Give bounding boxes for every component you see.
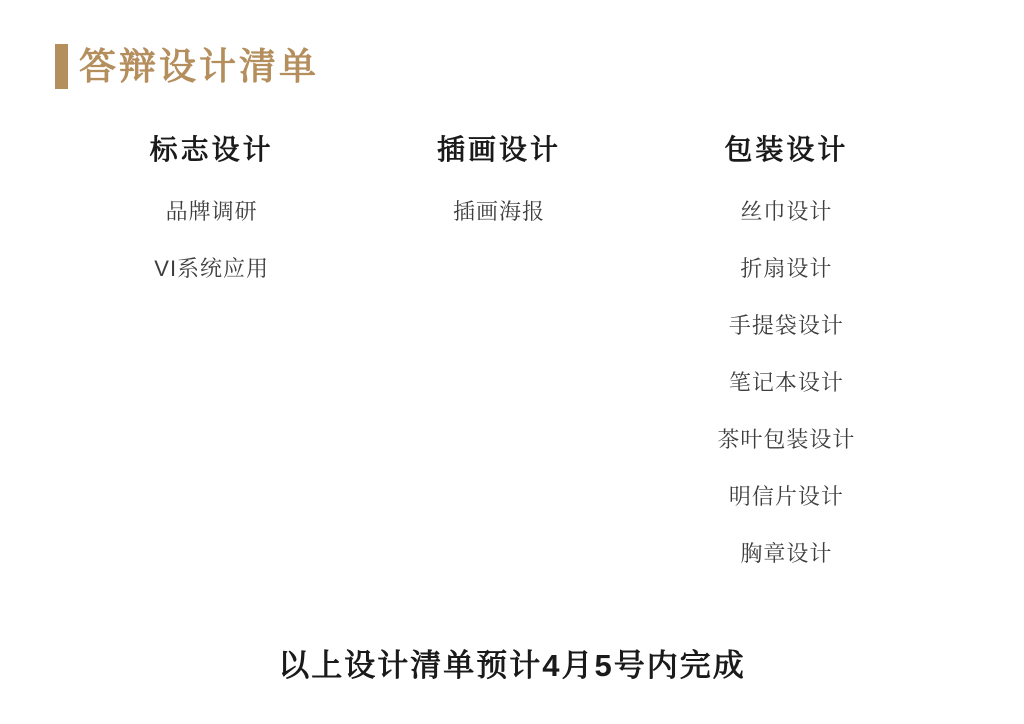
column-packaging-design: 包装设计 丝巾设计 折扇设计 手提袋设计 笔记本设计 茶叶包装设计 明信片设计 … (643, 131, 930, 581)
page-title-row: 答辩设计清单 (55, 44, 319, 89)
page-title: 答辩设计清单 (79, 48, 319, 85)
slide: 答辩设计清单 标志设计 品牌调研 VI系统应用 插画设计 插画海报 包装设计 丝… (0, 0, 1024, 724)
design-columns: 标志设计 品牌调研 VI系统应用 插画设计 插画海报 包装设计 丝巾设计 折扇设… (68, 131, 930, 581)
list-item: VI系统应用 (68, 239, 355, 296)
column-illustration-design: 插画设计 插画海报 (355, 131, 642, 581)
list-item: 插画海报 (355, 182, 642, 239)
list-item: 折扇设计 (643, 239, 930, 296)
list-item: 胸章设计 (643, 524, 930, 581)
completion-deadline-note: 以上设计清单预计4月5号内完成 (0, 640, 1024, 685)
list-item: 明信片设计 (643, 467, 930, 524)
list-item: 丝巾设计 (643, 182, 930, 239)
column-header: 包装设计 (643, 131, 930, 169)
column-header: 标志设计 (68, 131, 355, 169)
column-logo-design: 标志设计 品牌调研 VI系统应用 (68, 131, 355, 581)
title-accent-bar (55, 44, 68, 89)
list-item: 笔记本设计 (643, 353, 930, 410)
list-item: 茶叶包装设计 (643, 410, 930, 467)
column-header: 插画设计 (355, 131, 642, 169)
list-item: 手提袋设计 (643, 296, 930, 353)
list-item: 品牌调研 (68, 182, 355, 239)
